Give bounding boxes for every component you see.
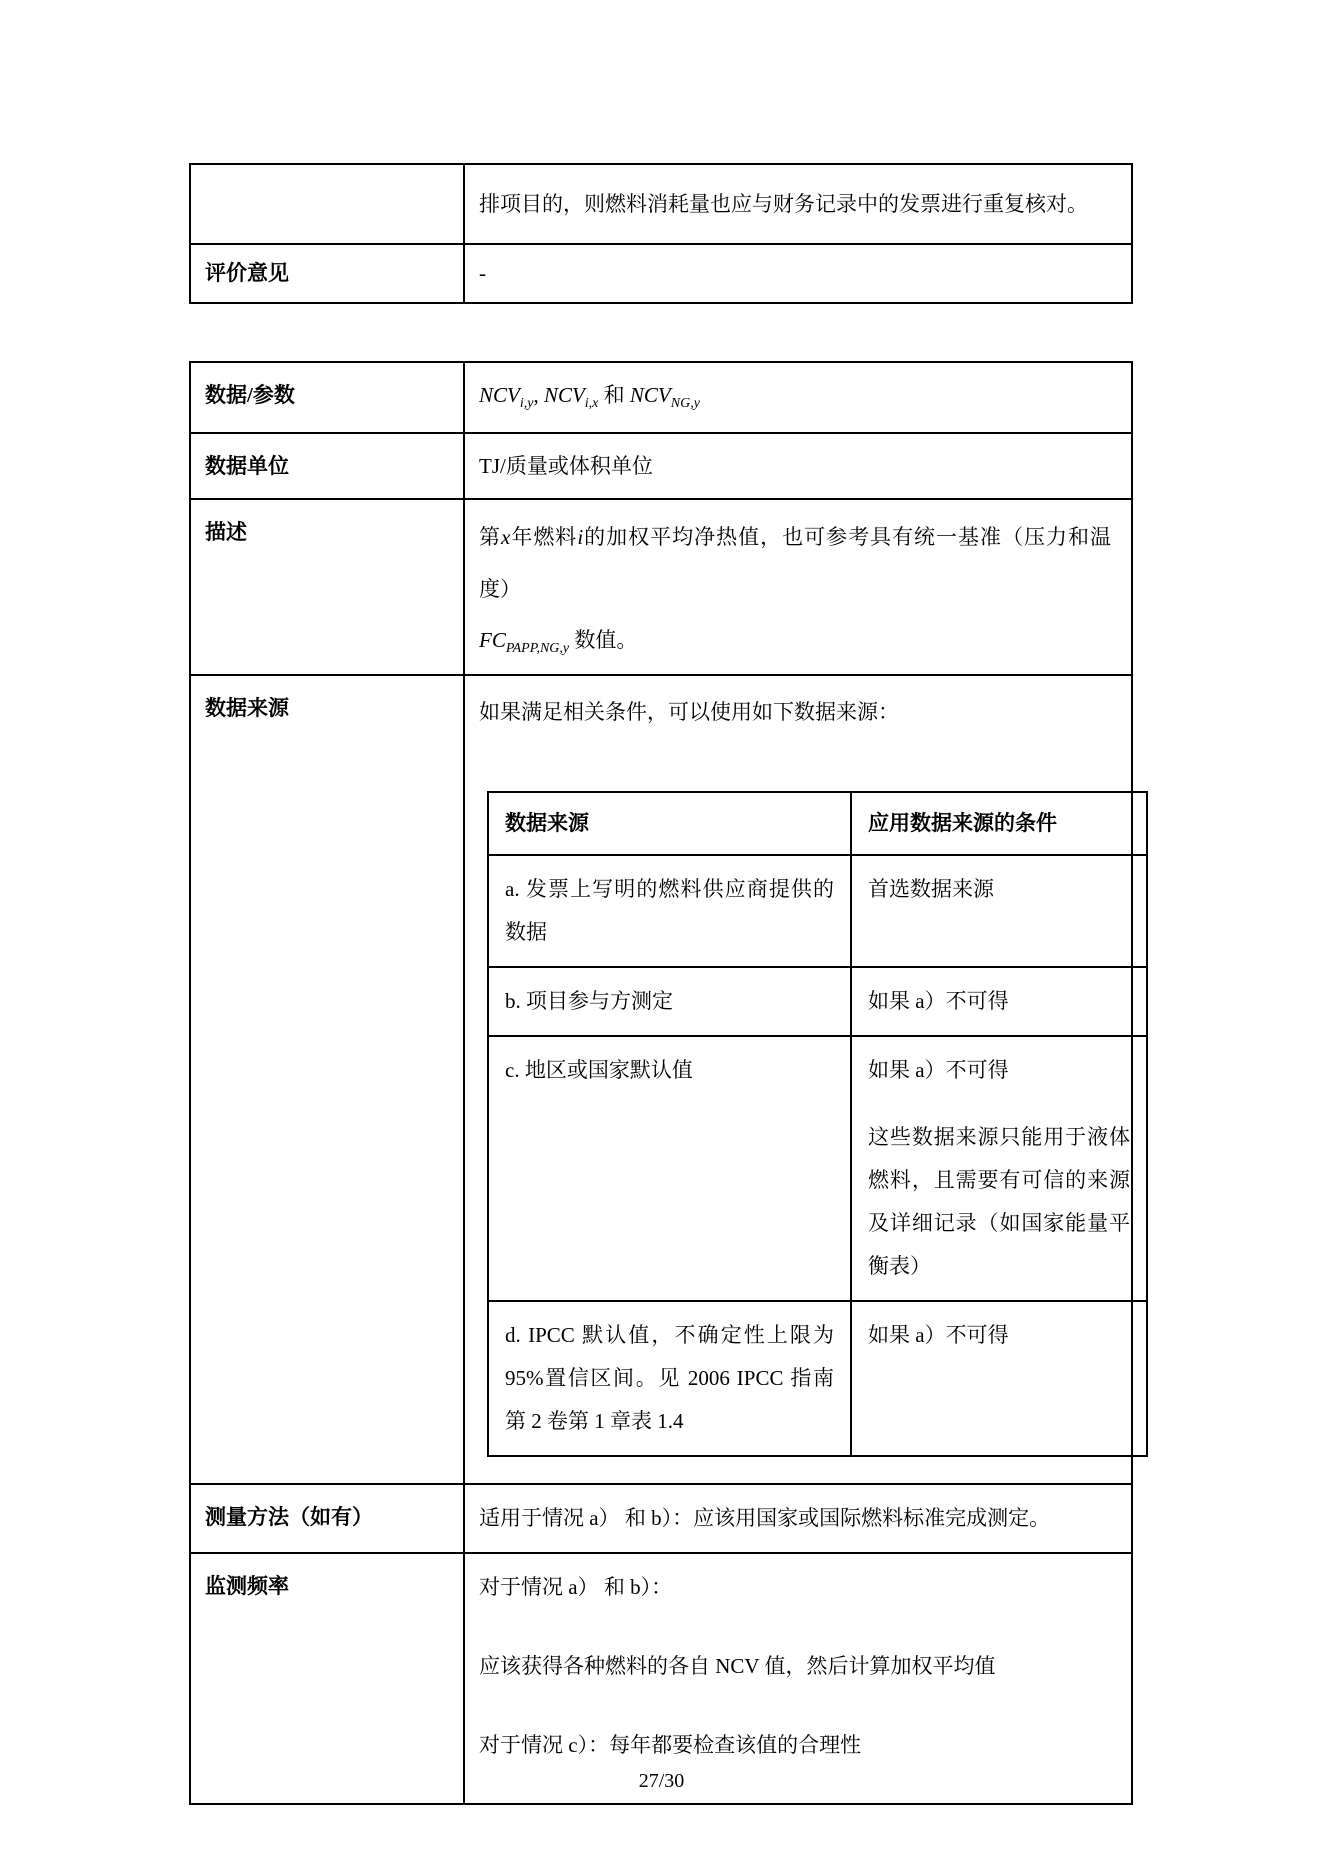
source-table-header-row: 数据来源 应用数据来源的条件 bbox=[488, 792, 1147, 855]
frequency-label: 监测频率 bbox=[190, 1553, 464, 1804]
condition-b: 如果 a）不可得 bbox=[851, 967, 1147, 1036]
continuation-row: 排项目的，则燃料消耗量也应与财务记录中的发票进行重复核对。 bbox=[190, 164, 1132, 244]
unit-value: TJ/质量或体积单位 bbox=[464, 433, 1132, 499]
description-row: 描述 第x年燃料i的加权平均净热值，也可参考具有统一基准（压力和温度） FCPA… bbox=[190, 499, 1132, 675]
continuation-text-cell: 排项目的，则燃料消耗量也应与财务记录中的发票进行重复核对。 bbox=[464, 164, 1132, 244]
description-value: 第x年燃料i的加权平均净热值，也可参考具有统一基准（压力和温度） FCPAPP,… bbox=[464, 499, 1132, 675]
data-source-label: 数据来源 bbox=[190, 675, 464, 1484]
source-row-a: a. 发票上写明的燃料供应商提供的数据 首选数据来源 bbox=[488, 855, 1147, 967]
frequency-line3: 对于情况 c）：每年都要检查该值的合理性 bbox=[479, 1724, 1111, 1767]
description-paragraph: 第x年燃料i的加权平均净热值，也可参考具有统一基准（压力和温度） bbox=[479, 512, 1111, 615]
measurement-value: 适用于情况 a） 和 b）：应该用国家或国际燃料标准完成测定。 bbox=[464, 1484, 1132, 1553]
review-comment-value: - bbox=[464, 244, 1132, 302]
source-row-c: c. 地区或国家默认值 如果 a）不可得 这些数据来源只能用于液体燃料，且需要有… bbox=[488, 1036, 1147, 1301]
source-column-header: 数据来源 bbox=[488, 792, 851, 855]
condition-d: 如果 a）不可得 bbox=[851, 1301, 1147, 1456]
empty-label-cell bbox=[190, 164, 464, 244]
ncv-formula: NCVi,y, NCVi,x 和 NCVNG,y bbox=[479, 383, 700, 407]
source-a: a. 发票上写明的燃料供应商提供的数据 bbox=[488, 855, 851, 967]
condition-c: 如果 a）不可得 这些数据来源只能用于液体燃料，且需要有可信的来源及详细记录（如… bbox=[851, 1036, 1147, 1301]
source-d: d. IPCC 默认值，不确定性上限为 95%置信区间。见 2006 IPCC … bbox=[488, 1301, 851, 1456]
unit-row: 数据单位 TJ/质量或体积单位 bbox=[190, 433, 1132, 499]
review-comment-row: 评价意见 - bbox=[190, 244, 1132, 302]
param-value: NCVi,y, NCVi,x 和 NCVNG,y bbox=[464, 362, 1132, 433]
source-row-b: b. 项目参与方测定 如果 a）不可得 bbox=[488, 967, 1147, 1036]
unit-label: 数据单位 bbox=[190, 433, 464, 499]
condition-c-line1: 如果 a）不可得 bbox=[868, 1049, 1130, 1092]
frequency-value: 对于情况 a） 和 b）： 应该获得各种燃料的各自 NCV 值，然后计算加权平均… bbox=[464, 1553, 1132, 1804]
fc-formula-paragraph: FCPAPP,NG,y 数值。 bbox=[479, 615, 1111, 666]
description-label: 描述 bbox=[190, 499, 464, 675]
data-source-row: 数据来源 如果满足相关条件，可以使用如下数据来源： 数据来源 应用数据来源的条件… bbox=[190, 675, 1132, 1484]
condition-a: 首选数据来源 bbox=[851, 855, 1147, 967]
page-number: 27/30 bbox=[0, 1770, 1323, 1793]
document-page: 排项目的，则燃料消耗量也应与财务记录中的发票进行重复核对。 评价意见 - 数据/… bbox=[0, 0, 1323, 1871]
data-source-intro: 如果满足相关条件，可以使用如下数据来源： bbox=[479, 690, 1111, 734]
review-comment-label: 评价意见 bbox=[190, 244, 464, 302]
frequency-line1: 对于情况 a） 和 b）： bbox=[479, 1566, 1111, 1609]
measurement-row: 测量方法（如有） 适用于情况 a） 和 b）：应该用国家或国际燃料标准完成测定。 bbox=[190, 1484, 1132, 1553]
frequency-row: 监测频率 对于情况 a） 和 b）： 应该获得各种燃料的各自 NCV 值，然后计… bbox=[190, 1553, 1132, 1804]
param-label: 数据/参数 bbox=[190, 362, 464, 433]
data-source-conditions-table: 数据来源 应用数据来源的条件 a. 发票上写明的燃料供应商提供的数据 首选数据来… bbox=[487, 791, 1148, 1458]
parameter-table: 数据/参数 NCVi,y, NCVi,x 和 NCVNG,y 数据单位 TJ/质… bbox=[189, 361, 1133, 1806]
condition-c-line2: 这些数据来源只能用于液体燃料，且需要有可信的来源及详细记录（如国家能量平衡表） bbox=[868, 1116, 1130, 1288]
frequency-line2: 应该获得各种燃料的各自 NCV 值，然后计算加权平均值 bbox=[479, 1645, 1111, 1688]
measurement-label: 测量方法（如有） bbox=[190, 1484, 464, 1553]
evaluation-table: 排项目的，则燃料消耗量也应与财务记录中的发票进行重复核对。 评价意见 - bbox=[189, 163, 1133, 304]
data-source-value: 如果满足相关条件，可以使用如下数据来源： 数据来源 应用数据来源的条件 a. 发… bbox=[464, 675, 1132, 1484]
source-c: c. 地区或国家默认值 bbox=[488, 1036, 851, 1301]
continuation-text: 排项目的，则燃料消耗量也应与财务记录中的发票进行重复核对。 bbox=[479, 190, 1111, 218]
source-b: b. 项目参与方测定 bbox=[488, 967, 851, 1036]
param-row: 数据/参数 NCVi,y, NCVi,x 和 NCVNG,y bbox=[190, 362, 1132, 433]
condition-column-header: 应用数据来源的条件 bbox=[851, 792, 1147, 855]
source-row-d: d. IPCC 默认值，不确定性上限为 95%置信区间。见 2006 IPCC … bbox=[488, 1301, 1147, 1456]
